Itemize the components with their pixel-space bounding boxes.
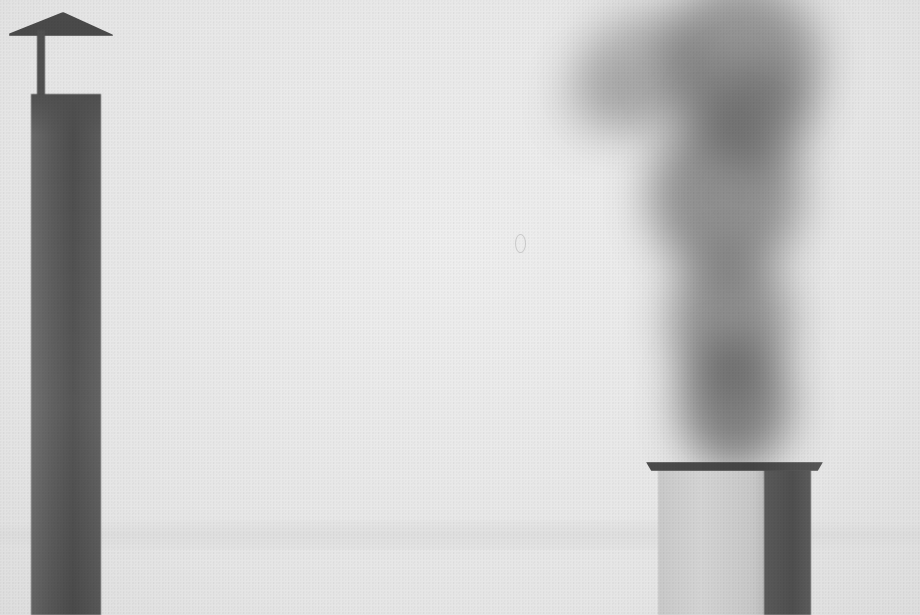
photo-scene <box>0 0 920 615</box>
film-grain <box>0 0 920 615</box>
